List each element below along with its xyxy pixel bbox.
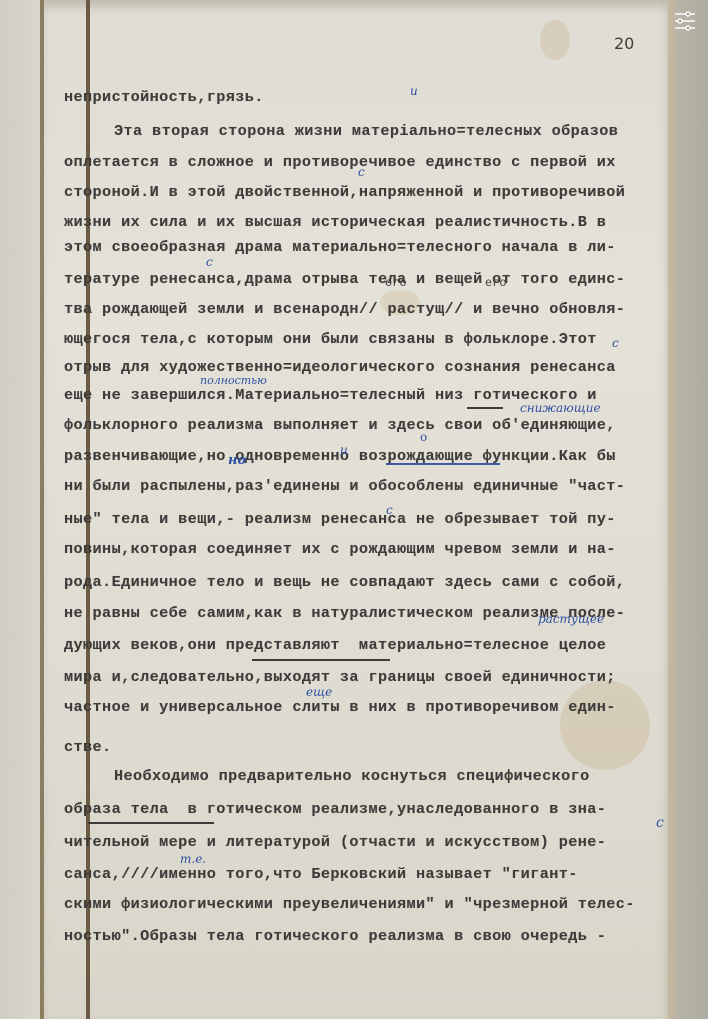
annotation-insert: с [656, 815, 664, 831]
annotation-insert: ого [385, 276, 407, 290]
typed-line: мира и,следовательно,выходят за границы … [64, 668, 616, 686]
typed-line: ностью".Образы тела готического реализма… [64, 927, 606, 945]
typed-line: ни были распылены,раз'единены и обособле… [64, 477, 625, 495]
typed-line: дующих веков,они представляют материальн… [64, 636, 606, 654]
typed-line: образа тела в готическом реализме,унасле… [64, 800, 606, 818]
book-right-edge [668, 0, 708, 1019]
annotation-insert: т.е. [180, 852, 206, 866]
paper-stain [540, 20, 570, 60]
typed-line: стве. [64, 738, 112, 756]
annotation-insert: с [612, 336, 619, 350]
annotation-insert: и [410, 84, 418, 98]
typed-line: непристойность,грязь. [64, 88, 264, 106]
page-fold-shadow [40, 0, 44, 1019]
text-underline [252, 659, 390, 661]
typed-line: Необходимо предварительно коснуться спец… [114, 767, 590, 785]
annotation-insert: о [420, 430, 427, 444]
typed-line: ные" тела и вещи,- реализм ренесанса не … [64, 510, 616, 528]
typed-line: еще не завершился.Материально=телесный н… [64, 386, 597, 404]
typed-line: стороной.И в этой двойственной,напряженн… [64, 183, 625, 201]
annotation-insert: с [386, 503, 393, 517]
typed-line: скими физиологическими преувеличениями" … [64, 895, 635, 913]
typed-line: отрыв для художественно=идеологического … [64, 358, 616, 376]
typed-line: санса,////именно того,что Берковский наз… [64, 865, 578, 883]
typed-line: частное и универсальное слиты в них в пр… [64, 698, 616, 716]
annotation-insert: еще [306, 685, 332, 699]
typed-line: тва рождающей земли и всенародн// растущ… [64, 300, 625, 318]
typed-line: рода.Единичное тело и вещь не совпадают … [64, 573, 625, 591]
page-number: 20 [614, 34, 634, 53]
annotation-insert: и [340, 443, 348, 457]
typed-line: чительной мере и литературой (отчасти и … [64, 833, 606, 851]
sliders-icon[interactable] [672, 10, 698, 32]
text-underline [88, 822, 214, 824]
annotation-insert: растущее [538, 612, 604, 626]
annotation-insert: с [206, 255, 213, 269]
annotation-insert: полностью [200, 374, 267, 387]
text-underline [386, 463, 500, 465]
typed-line: жизни их сила и их высшая историческая р… [64, 213, 606, 231]
text-underline [467, 407, 503, 409]
typed-line: ющегося тела,с которым они были связаны … [64, 330, 597, 348]
typed-line: тературе ренесанса,драма отрыва тела и в… [64, 270, 625, 288]
typed-line: фольклорного реализма выполняет и здесь … [64, 416, 616, 434]
annotation-insert: с [358, 165, 365, 179]
annotation-insert: его [485, 276, 507, 290]
paper-stain [560, 680, 650, 770]
annotation-insert: но [228, 453, 246, 468]
typed-line: этом своеобразная драма материально=теле… [64, 238, 616, 256]
typed-line: оплетается в сложное и противоречивое ед… [64, 153, 616, 171]
annotation-insert: снижающие [520, 401, 601, 415]
typed-line: повины,которая соединяет их с рождающим … [64, 540, 616, 558]
typed-line: Эта вторая сторона жизни матеріально=тел… [114, 122, 618, 140]
